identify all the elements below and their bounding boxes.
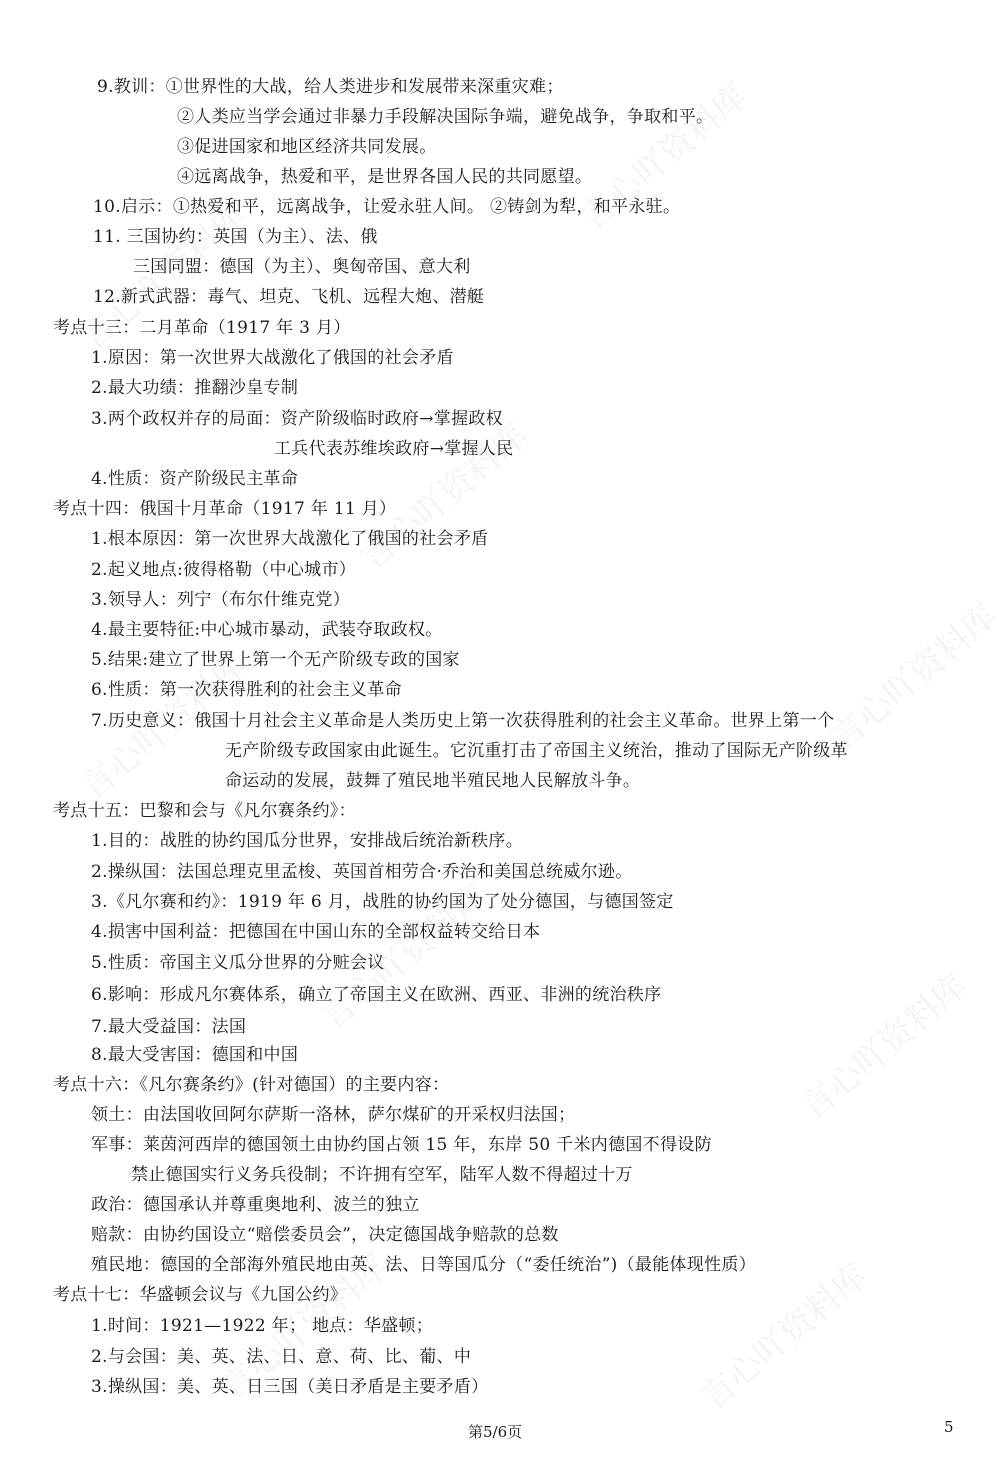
- list-item: 4.最主要特征:中心城市暴动，武装夺取政权。: [91, 619, 443, 641]
- list-item: 2.起义地点:彼得格勒（中心城市）: [91, 559, 356, 581]
- list-item: 2.与会国：美、英、法、日、意、荷、比、葡、中: [91, 1346, 471, 1368]
- page-number: 5: [944, 1418, 954, 1436]
- list-item: 7.最大受益国：法国: [91, 1016, 246, 1038]
- section-heading-14: 考点十四：俄国十月革命（1917 年 11 月）: [53, 498, 396, 520]
- list-item: 政治：德国承认并尊重奥地利、波兰的独立: [91, 1194, 420, 1216]
- list-item: 1.目的：战胜的协约国瓜分世界，安排战后统治新秩序。: [91, 830, 523, 852]
- lesson-item-3: ③促进国家和地区经济共同发展。: [177, 136, 437, 158]
- list-item: 5.结果:建立了世界上第一个无产阶级专政的国家: [91, 649, 460, 671]
- list-item: 6.性质：第一次获得胜利的社会主义革命: [91, 679, 402, 701]
- page-indicator: 第5/6页: [468, 1423, 522, 1441]
- list-item: 8.最大受害国：德国和中国: [91, 1044, 298, 1066]
- triple-alliance: 三国同盟：德国（为主）、奥匈帝国、意大利: [133, 256, 471, 278]
- section-heading-13: 考点十三：二月革命（1917 年 3 月）: [53, 317, 351, 339]
- list-item: 2.最大功绩：推翻沙皇专制: [91, 377, 298, 399]
- list-item: 1.原因：第一次世界大战激化了俄国的社会矛盾: [91, 347, 454, 369]
- list-item: 2.操纵国：法国总理克里孟梭、英国首相劳合·乔治和美国总统威尔逊。: [91, 861, 633, 883]
- list-item: 军事：莱茵河西岸的德国领土由协约国占领 15 年，东岸 50 千米内德国不得设防: [91, 1134, 712, 1156]
- list-item: 4.损害中国利益：把德国在中国山东的全部权益转交给日本: [91, 921, 540, 943]
- list-item-continuation: 无产阶级专政国家由此诞生。它沉重打击了帝国主义统治，推动了国际无产阶级革: [225, 740, 848, 762]
- lesson-item-1: 9.教训：①世界性的大战，给人类进步和发展带来深重灾难；: [97, 76, 564, 98]
- watermark: 言心吖资料库: [348, 410, 536, 579]
- list-item: 1.时间：1921—1922 年； 地点：华盛顿；: [91, 1315, 433, 1337]
- list-item: 5.性质：帝国主义瓜分世界的分赃会议: [91, 952, 385, 974]
- section-heading-17: 考点十七：华盛顿会议与《九国公约》: [53, 1284, 347, 1306]
- inspiration-item: 10.启示：①热爱和平，远离战争，让爱永驻人间。 ②铸剑为犁，和平永驻。: [93, 196, 680, 218]
- list-item: 3.两个政权并存的局面：资产阶级临时政府→掌握政权: [91, 408, 503, 430]
- document-page: 言心吖资料库 言心吖资料库 言心吖资料库 言心吖资料库 言心吖资料库 言心吖资料…: [0, 0, 1000, 1458]
- list-item: 殖民地：德国的全部海外殖民地由英、法、日等国瓜分（“委任统治”)（最能体现性质）: [91, 1254, 756, 1276]
- list-item: 4.性质：资产阶级民主革命: [91, 468, 298, 490]
- triple-entente: 11. 三国协约：英国（为主）、法、俄: [93, 226, 378, 248]
- watermark: 言心吖资料库: [818, 590, 1000, 759]
- lesson-item-2: ②人类应当学会通过非暴力手段解决国际争端，避免战争，争取和平。: [177, 106, 713, 128]
- list-item: 3.领导人：列宁（布尔什维克党）: [91, 589, 350, 611]
- lesson-item-4: ④远离战争，热爱和平，是世界各国人民的共同愿望。: [177, 166, 592, 188]
- list-item-continuation: 禁止德国实行义务兵役制；不许拥有空军，陆军人数不得超过十万: [131, 1164, 633, 1186]
- new-weapons: 12.新式武器：毒气、坦克、飞机、远程大炮、潜艇: [93, 286, 484, 308]
- list-item: 3.操纵国：美、英、日三国（美日矛盾是主要矛盾）: [91, 1376, 488, 1398]
- section-heading-16: 考点十六：《凡尔赛条约》(针对德国）的主要内容：: [53, 1074, 449, 1096]
- list-item: 3.《凡尔赛和约》：1919 年 6 月，战胜的协约国为了处分德国，与德国签定: [91, 891, 674, 913]
- list-item: 1.根本原因：第一次世界大战激化了俄国的社会矛盾: [91, 528, 488, 550]
- list-item: 6.影响：形成凡尔赛体系，确立了帝国主义在欧洲、西亚、非洲的统治秩序: [91, 984, 661, 1006]
- list-item: 7.历史意义：俄国十月社会主义革命是人类历史上第一次获得胜利的社会主义革命。世界…: [91, 710, 834, 732]
- section-heading-15: 考点十五：巴黎和会与《凡尔赛条约》：: [53, 800, 356, 822]
- list-item: 赔款：由协约国设立“赔偿委员会”，决定德国战争赔款的总数: [91, 1224, 559, 1246]
- watermark: 言心吖资料库: [788, 960, 976, 1129]
- list-item-continuation: 工兵代表苏维埃政府→掌握人民: [274, 438, 513, 460]
- list-item: 领土：由法国收回阿尔萨斯一洛林，萨尔煤矿的开采权归法国；: [91, 1104, 575, 1126]
- list-item-continuation: 命运动的发展，鼓舞了殖民地半殖民地人民解放斗争。: [225, 770, 640, 792]
